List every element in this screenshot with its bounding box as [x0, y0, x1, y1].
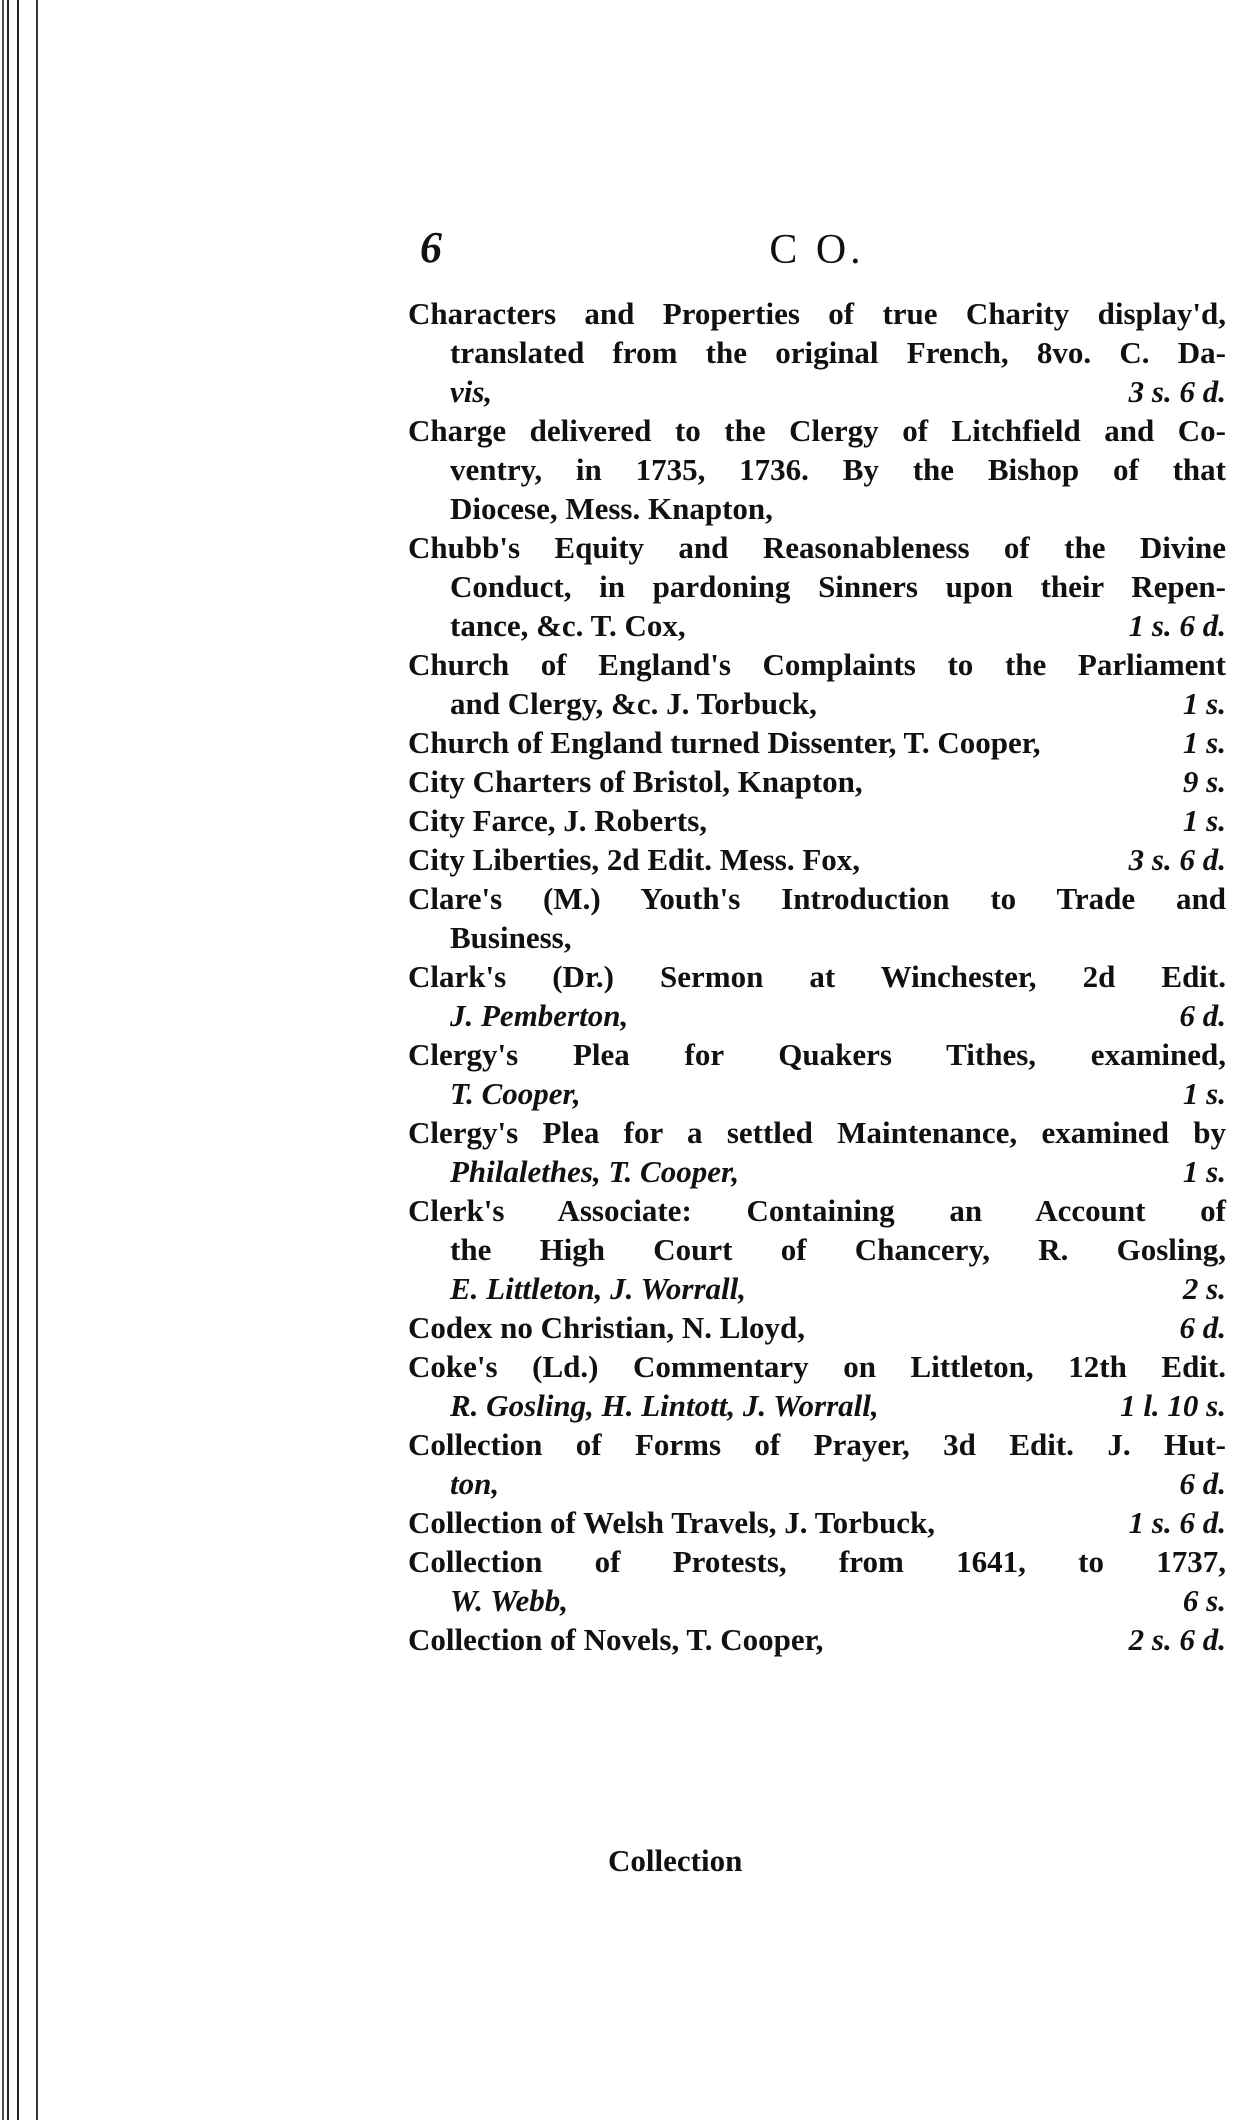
catalogue-entry: Clerk's Associate: Containing an Account… — [408, 1191, 1226, 1308]
catchword: Collection — [608, 1843, 742, 1879]
entry-line: Characters and Properties of true Charit… — [408, 294, 1226, 333]
entry-text: Philalethes, T. Cooper, — [450, 1152, 739, 1191]
catalogue-entry: Coke's (Ld.) Commentary on Littleton, 12… — [408, 1347, 1226, 1425]
entry-line: Clerk's Associate: Containing an Account… — [408, 1191, 1226, 1230]
entry-line: ventry, in 1735, 1736. By the Bishop of … — [408, 450, 1226, 489]
entry-price: 1 s. — [1173, 1152, 1226, 1191]
catalogue-entry: Collection of Protests, from 1641, to 17… — [408, 1542, 1226, 1620]
entry-text: Church of England turned Dissenter, T. C… — [408, 723, 1040, 762]
entry-line: J. Pemberton,6 d. — [408, 996, 1226, 1035]
catalogue-entry: Clergy's Plea for a settled Maintenance,… — [408, 1113, 1226, 1191]
entry-line: City Farce, J. Roberts,1 s. — [408, 801, 1226, 840]
scan-line — [2, 0, 4, 2120]
entry-line: and Clergy, &c. J. Torbuck,1 s. — [408, 684, 1226, 723]
catalogue-entry: Church of England turned Dissenter, T. C… — [408, 723, 1226, 762]
scan-line — [36, 0, 38, 2120]
entry-price: 6 d. — [1170, 1308, 1227, 1347]
entry-line: Charge delivered to the Clergy of Litchf… — [408, 411, 1226, 450]
entry-text: City Farce, J. Roberts, — [408, 801, 707, 840]
entry-text: Chubb's Equity and Reasonableness of the… — [408, 528, 1226, 567]
entry-text: W. Webb, — [450, 1581, 568, 1620]
catalogue-entry: Church of England's Complaints to the Pa… — [408, 645, 1226, 723]
entry-price: 1 s. — [1173, 684, 1226, 723]
entry-price: 1 l. 10 s. — [1110, 1386, 1226, 1425]
entry-text: Coke's (Ld.) Commentary on Littleton, 12… — [408, 1347, 1226, 1386]
entry-line: Clergy's Plea for Quakers Tithes, examin… — [408, 1035, 1226, 1074]
entry-line: the High Court of Chancery, R. Gosling, — [408, 1230, 1226, 1269]
entry-line: Church of England's Complaints to the Pa… — [408, 645, 1226, 684]
entry-price: 1 s. — [1173, 1074, 1226, 1113]
entry-price: 1 s. 6 d. — [1119, 606, 1226, 645]
entry-text: Clare's (M.) Youth's Introduction to Tra… — [408, 879, 1226, 918]
entry-line: Collection of Protests, from 1641, to 17… — [408, 1542, 1226, 1581]
entry-text: R. Gosling, H. Lintott, J. Worrall, — [450, 1386, 879, 1425]
entry-text: City Liberties, 2d Edit. Mess. Fox, — [408, 840, 860, 879]
entry-text: J. Pemberton, — [450, 996, 628, 1035]
entry-text: the High Court of Chancery, R. Gosling, — [450, 1230, 1226, 1269]
entry-text: ton, — [450, 1464, 499, 1503]
entry-text: Clergy's Plea for Quakers Tithes, examin… — [408, 1035, 1226, 1074]
entry-text: Charge delivered to the Clergy of Litchf… — [408, 411, 1226, 450]
entry-text: Clark's (Dr.) Sermon at Winchester, 2d E… — [408, 957, 1226, 996]
scan-line — [7, 0, 9, 2120]
entry-line: Coke's (Ld.) Commentary on Littleton, 12… — [408, 1347, 1226, 1386]
entry-text: tance, &c. T. Cox, — [450, 606, 686, 645]
entry-text: Collection of Novels, T. Cooper, — [408, 1620, 823, 1659]
entry-price: 2 s. 6 d. — [1119, 1620, 1226, 1659]
catalogue-entry: Chubb's Equity and Reasonableness of the… — [408, 528, 1226, 645]
book-page: 6 C O. Characters and Properties of true… — [408, 222, 1226, 1659]
entry-text: and Clergy, &c. J. Torbuck, — [450, 684, 817, 723]
entry-price: 1 s. — [1173, 723, 1226, 762]
entry-text: Conduct, in pardoning Sinners upon their… — [450, 567, 1226, 606]
entry-text: Collection of Protests, from 1641, to 17… — [408, 1542, 1226, 1581]
catalogue-entry: Clark's (Dr.) Sermon at Winchester, 2d E… — [408, 957, 1226, 1035]
catalogue-entry: Collection of Welsh Travels, J. Torbuck,… — [408, 1503, 1226, 1542]
entry-price: 1 s. 6 d. — [1119, 1503, 1226, 1542]
entry-text: ventry, in 1735, 1736. By the Bishop of … — [450, 450, 1226, 489]
entry-text: Church of England's Complaints to the Pa… — [408, 645, 1226, 684]
entry-text: Collection of Welsh Travels, J. Torbuck, — [408, 1503, 935, 1542]
entry-price: 6 d. — [1170, 996, 1227, 1035]
entry-text: Diocese, Mess. Knapton, — [450, 489, 773, 528]
entry-text: E. Littleton, J. Worrall, — [450, 1269, 746, 1308]
entry-line: vis,3 s. 6 d. — [408, 372, 1226, 411]
catalogue-entry: City Charters of Bristol, Knapton,9 s. — [408, 762, 1226, 801]
entry-price: 3 s. 6 d. — [1119, 372, 1226, 411]
entry-line: R. Gosling, H. Lintott, J. Worrall,1 l. … — [408, 1386, 1226, 1425]
entry-line: T. Cooper,1 s. — [408, 1074, 1226, 1113]
entry-line: ton,6 d. — [408, 1464, 1226, 1503]
entry-line: Conduct, in pardoning Sinners upon their… — [408, 567, 1226, 606]
entry-price: 9 s. — [1173, 762, 1226, 801]
catalogue-entry: Characters and Properties of true Charit… — [408, 294, 1226, 411]
entry-text: Clergy's Plea for a settled Maintenance,… — [408, 1113, 1226, 1152]
entry-text: Business, — [450, 918, 571, 957]
entry-line: Church of England turned Dissenter, T. C… — [408, 723, 1226, 762]
entry-line: tance, &c. T. Cox,1 s. 6 d. — [408, 606, 1226, 645]
catalogue-entry: City Liberties, 2d Edit. Mess. Fox,3 s. … — [408, 840, 1226, 879]
entry-line: Clergy's Plea for a settled Maintenance,… — [408, 1113, 1226, 1152]
entry-line: Collection of Forms of Prayer, 3d Edit. … — [408, 1425, 1226, 1464]
entry-line: Diocese, Mess. Knapton, — [408, 489, 1226, 528]
entry-text: Clerk's Associate: Containing an Account… — [408, 1191, 1226, 1230]
catalogue-entries: Characters and Properties of true Charit… — [408, 294, 1226, 1659]
entry-text: Collection of Forms of Prayer, 3d Edit. … — [408, 1425, 1226, 1464]
entry-text: T. Cooper, — [450, 1074, 581, 1113]
catalogue-entry: Charge delivered to the Clergy of Litchf… — [408, 411, 1226, 528]
catalogue-entry: City Farce, J. Roberts,1 s. — [408, 801, 1226, 840]
entry-line: Collection of Novels, T. Cooper,2 s. 6 d… — [408, 1620, 1226, 1659]
catalogue-entry: Collection of Novels, T. Cooper,2 s. 6 d… — [408, 1620, 1226, 1659]
catalogue-entry: Codex no Christian, N. Lloyd,6 d. — [408, 1308, 1226, 1347]
entry-price: 6 s. — [1173, 1581, 1226, 1620]
entry-line: W. Webb,6 s. — [408, 1581, 1226, 1620]
entry-text: translated from the original French, 8vo… — [450, 333, 1226, 372]
entry-line: Clark's (Dr.) Sermon at Winchester, 2d E… — [408, 957, 1226, 996]
entry-price: 1 s. — [1173, 801, 1226, 840]
catalogue-entry: Collection of Forms of Prayer, 3d Edit. … — [408, 1425, 1226, 1503]
entry-line: Codex no Christian, N. Lloyd,6 d. — [408, 1308, 1226, 1347]
scan-line — [17, 0, 19, 2120]
entry-price: 6 d. — [1170, 1464, 1227, 1503]
catalogue-entry: Clergy's Plea for Quakers Tithes, examin… — [408, 1035, 1226, 1113]
scan-margin-lines — [0, 0, 60, 2120]
entry-line: translated from the original French, 8vo… — [408, 333, 1226, 372]
entry-text: Characters and Properties of true Charit… — [408, 294, 1226, 333]
page-header: 6 C O. — [408, 222, 1226, 284]
entry-line: E. Littleton, J. Worrall,2 s. — [408, 1269, 1226, 1308]
entry-price: 2 s. — [1173, 1269, 1226, 1308]
entry-text: Codex no Christian, N. Lloyd, — [408, 1308, 805, 1347]
entry-line: City Liberties, 2d Edit. Mess. Fox,3 s. … — [408, 840, 1226, 879]
entry-text: vis, — [450, 372, 492, 411]
entry-price: 3 s. 6 d. — [1119, 840, 1226, 879]
entry-line: Philalethes, T. Cooper,1 s. — [408, 1152, 1226, 1191]
entry-line: City Charters of Bristol, Knapton,9 s. — [408, 762, 1226, 801]
running-head: C O. — [408, 226, 1226, 274]
entry-text: City Charters of Bristol, Knapton, — [408, 762, 863, 801]
entry-line: Collection of Welsh Travels, J. Torbuck,… — [408, 1503, 1226, 1542]
entry-line: Business, — [408, 918, 1226, 957]
entry-line: Chubb's Equity and Reasonableness of the… — [408, 528, 1226, 567]
entry-line: Clare's (M.) Youth's Introduction to Tra… — [408, 879, 1226, 918]
catalogue-entry: Clare's (M.) Youth's Introduction to Tra… — [408, 879, 1226, 957]
